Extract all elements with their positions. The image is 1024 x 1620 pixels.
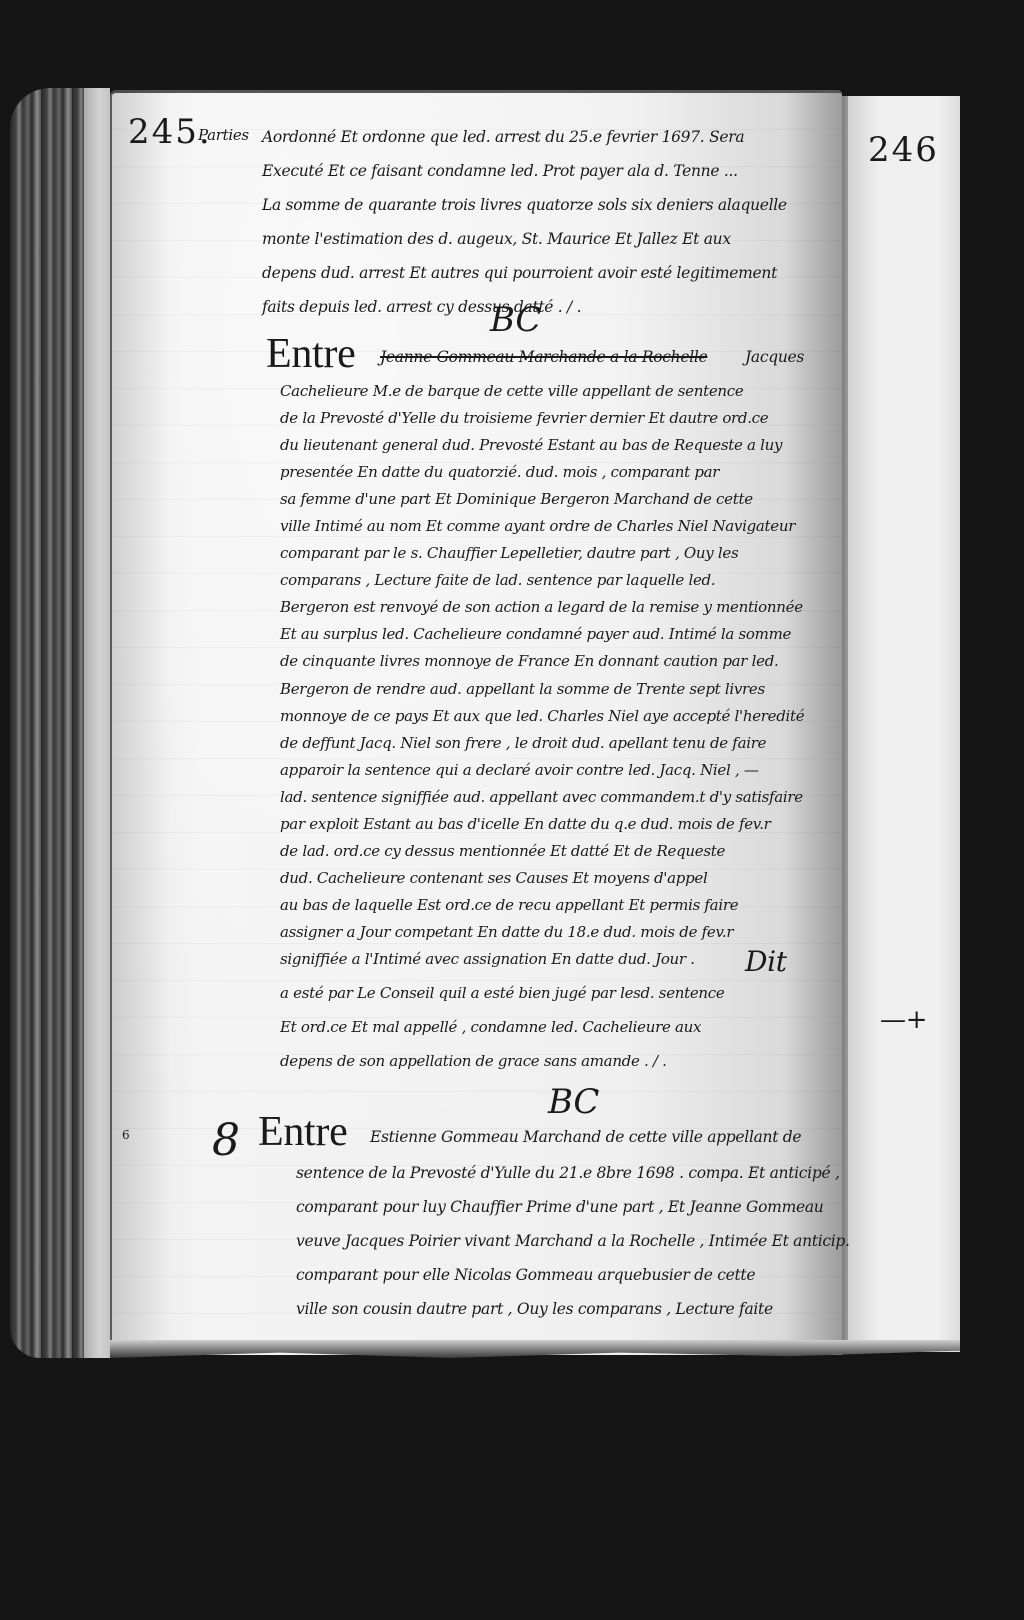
margin-note: 6 bbox=[122, 1128, 129, 1142]
text-line: monte l'estimation des d. augeux, St. Ma… bbox=[262, 230, 731, 248]
page-curl-shadow bbox=[110, 90, 170, 1352]
margin-mark-8: 8 bbox=[212, 1115, 240, 1166]
text-line: Bergeron de rendre aud. appellant la som… bbox=[280, 680, 765, 698]
text-line: depens dud. arrest Et autres qui pourroi… bbox=[262, 264, 777, 282]
text-line: comparans , Lecture faite de lad. senten… bbox=[280, 571, 715, 589]
text-line: Et au surplus led. Cachelieure condamné … bbox=[280, 625, 791, 643]
text-line: presentée En datte du quatorzié. dud. mo… bbox=[280, 463, 719, 481]
entry-opening-word: Entre bbox=[266, 330, 355, 378]
text-line: par exploit Estant au bas d'icelle En da… bbox=[280, 815, 771, 833]
folio-number-right: 246 bbox=[868, 130, 939, 170]
text-line: Jacques bbox=[745, 348, 804, 366]
margin-label-parties: Parties bbox=[198, 126, 249, 144]
right-page bbox=[845, 96, 960, 1352]
text-line: de la Prevosté d'Yelle du troisieme fevr… bbox=[280, 409, 768, 427]
text-line: du lieutenant general dud. Prevosté Esta… bbox=[280, 436, 782, 454]
book-page-edges bbox=[10, 88, 110, 1358]
text-line: Bergeron est renvoyé de son action a leg… bbox=[280, 598, 803, 616]
initials-paraph: BC bbox=[490, 300, 541, 340]
verdict-line: depens de son appellation de grace sans … bbox=[280, 1052, 667, 1070]
right-margin-cross-mark: —+ bbox=[880, 1005, 927, 1035]
verdict-line: Et ord.ce Et mal appellé , condamne led.… bbox=[280, 1018, 701, 1036]
text-line: de cinquante livres monnoye de France En… bbox=[280, 652, 778, 670]
text-line: lad. sentence signiffiée aud. appellant … bbox=[280, 788, 803, 806]
text-line: Executé Et ce faisant condamne led. Prot… bbox=[262, 162, 738, 180]
text-line: dud. Cachelieure contenant ses Causes Et… bbox=[280, 869, 707, 887]
entry-opening-word: Entre bbox=[258, 1108, 347, 1156]
text-line: ville Intimé au nom Et comme ayant ordre… bbox=[280, 517, 795, 535]
text-line: veuve Jacques Poirier vivant Marchand a … bbox=[296, 1232, 850, 1250]
initials-paraph: BC bbox=[548, 1082, 599, 1122]
text-line: Cachelieure M.e de barque de cette ville… bbox=[280, 382, 743, 400]
text-line: sa femme d'une part Et Dominique Bergero… bbox=[280, 490, 753, 508]
text-line: assigner a Jour competant En datte du 18… bbox=[280, 923, 733, 941]
text-line: La somme de quarante trois livres quator… bbox=[262, 196, 787, 214]
text-line: ville son cousin dautre part , Ouy les c… bbox=[296, 1300, 773, 1318]
text-line: Estienne Gommeau Marchand de cette ville… bbox=[370, 1128, 801, 1146]
text-line: signiffiée a l'Intimé avec assignation E… bbox=[280, 950, 695, 968]
text-line: comparant pour luy Chauffier Prime d'une… bbox=[296, 1198, 823, 1216]
text-line: comparant par le s. Chauffier Lepelletie… bbox=[280, 544, 738, 562]
text-line: monnoye de ce pays Et aux que led. Charl… bbox=[280, 707, 804, 725]
verdict-line: a esté par Le Conseil quil a esté bien j… bbox=[280, 984, 724, 1002]
text-line: sentence de la Prevosté d'Yulle du 21.e … bbox=[296, 1164, 840, 1182]
text-line: apparoir la sentence qui a declaré avoir… bbox=[280, 761, 759, 779]
text-line: de lad. ord.ce cy dessus mentionnée Et d… bbox=[280, 842, 725, 860]
verdict-word-dit: Dit bbox=[745, 945, 787, 978]
text-line: Aordonné Et ordonne que led. arrest du 2… bbox=[262, 128, 744, 146]
text-line: comparant pour elle Nicolas Gommeau arqu… bbox=[296, 1266, 755, 1284]
text-line: de deffunt Jacq. Niel son frere , le dro… bbox=[280, 734, 766, 752]
text-line: au bas de laquelle Est ord.ce de recu ap… bbox=[280, 896, 738, 914]
struck-text: Jeanne Gommeau Marchande a la Rochelle bbox=[380, 348, 707, 366]
